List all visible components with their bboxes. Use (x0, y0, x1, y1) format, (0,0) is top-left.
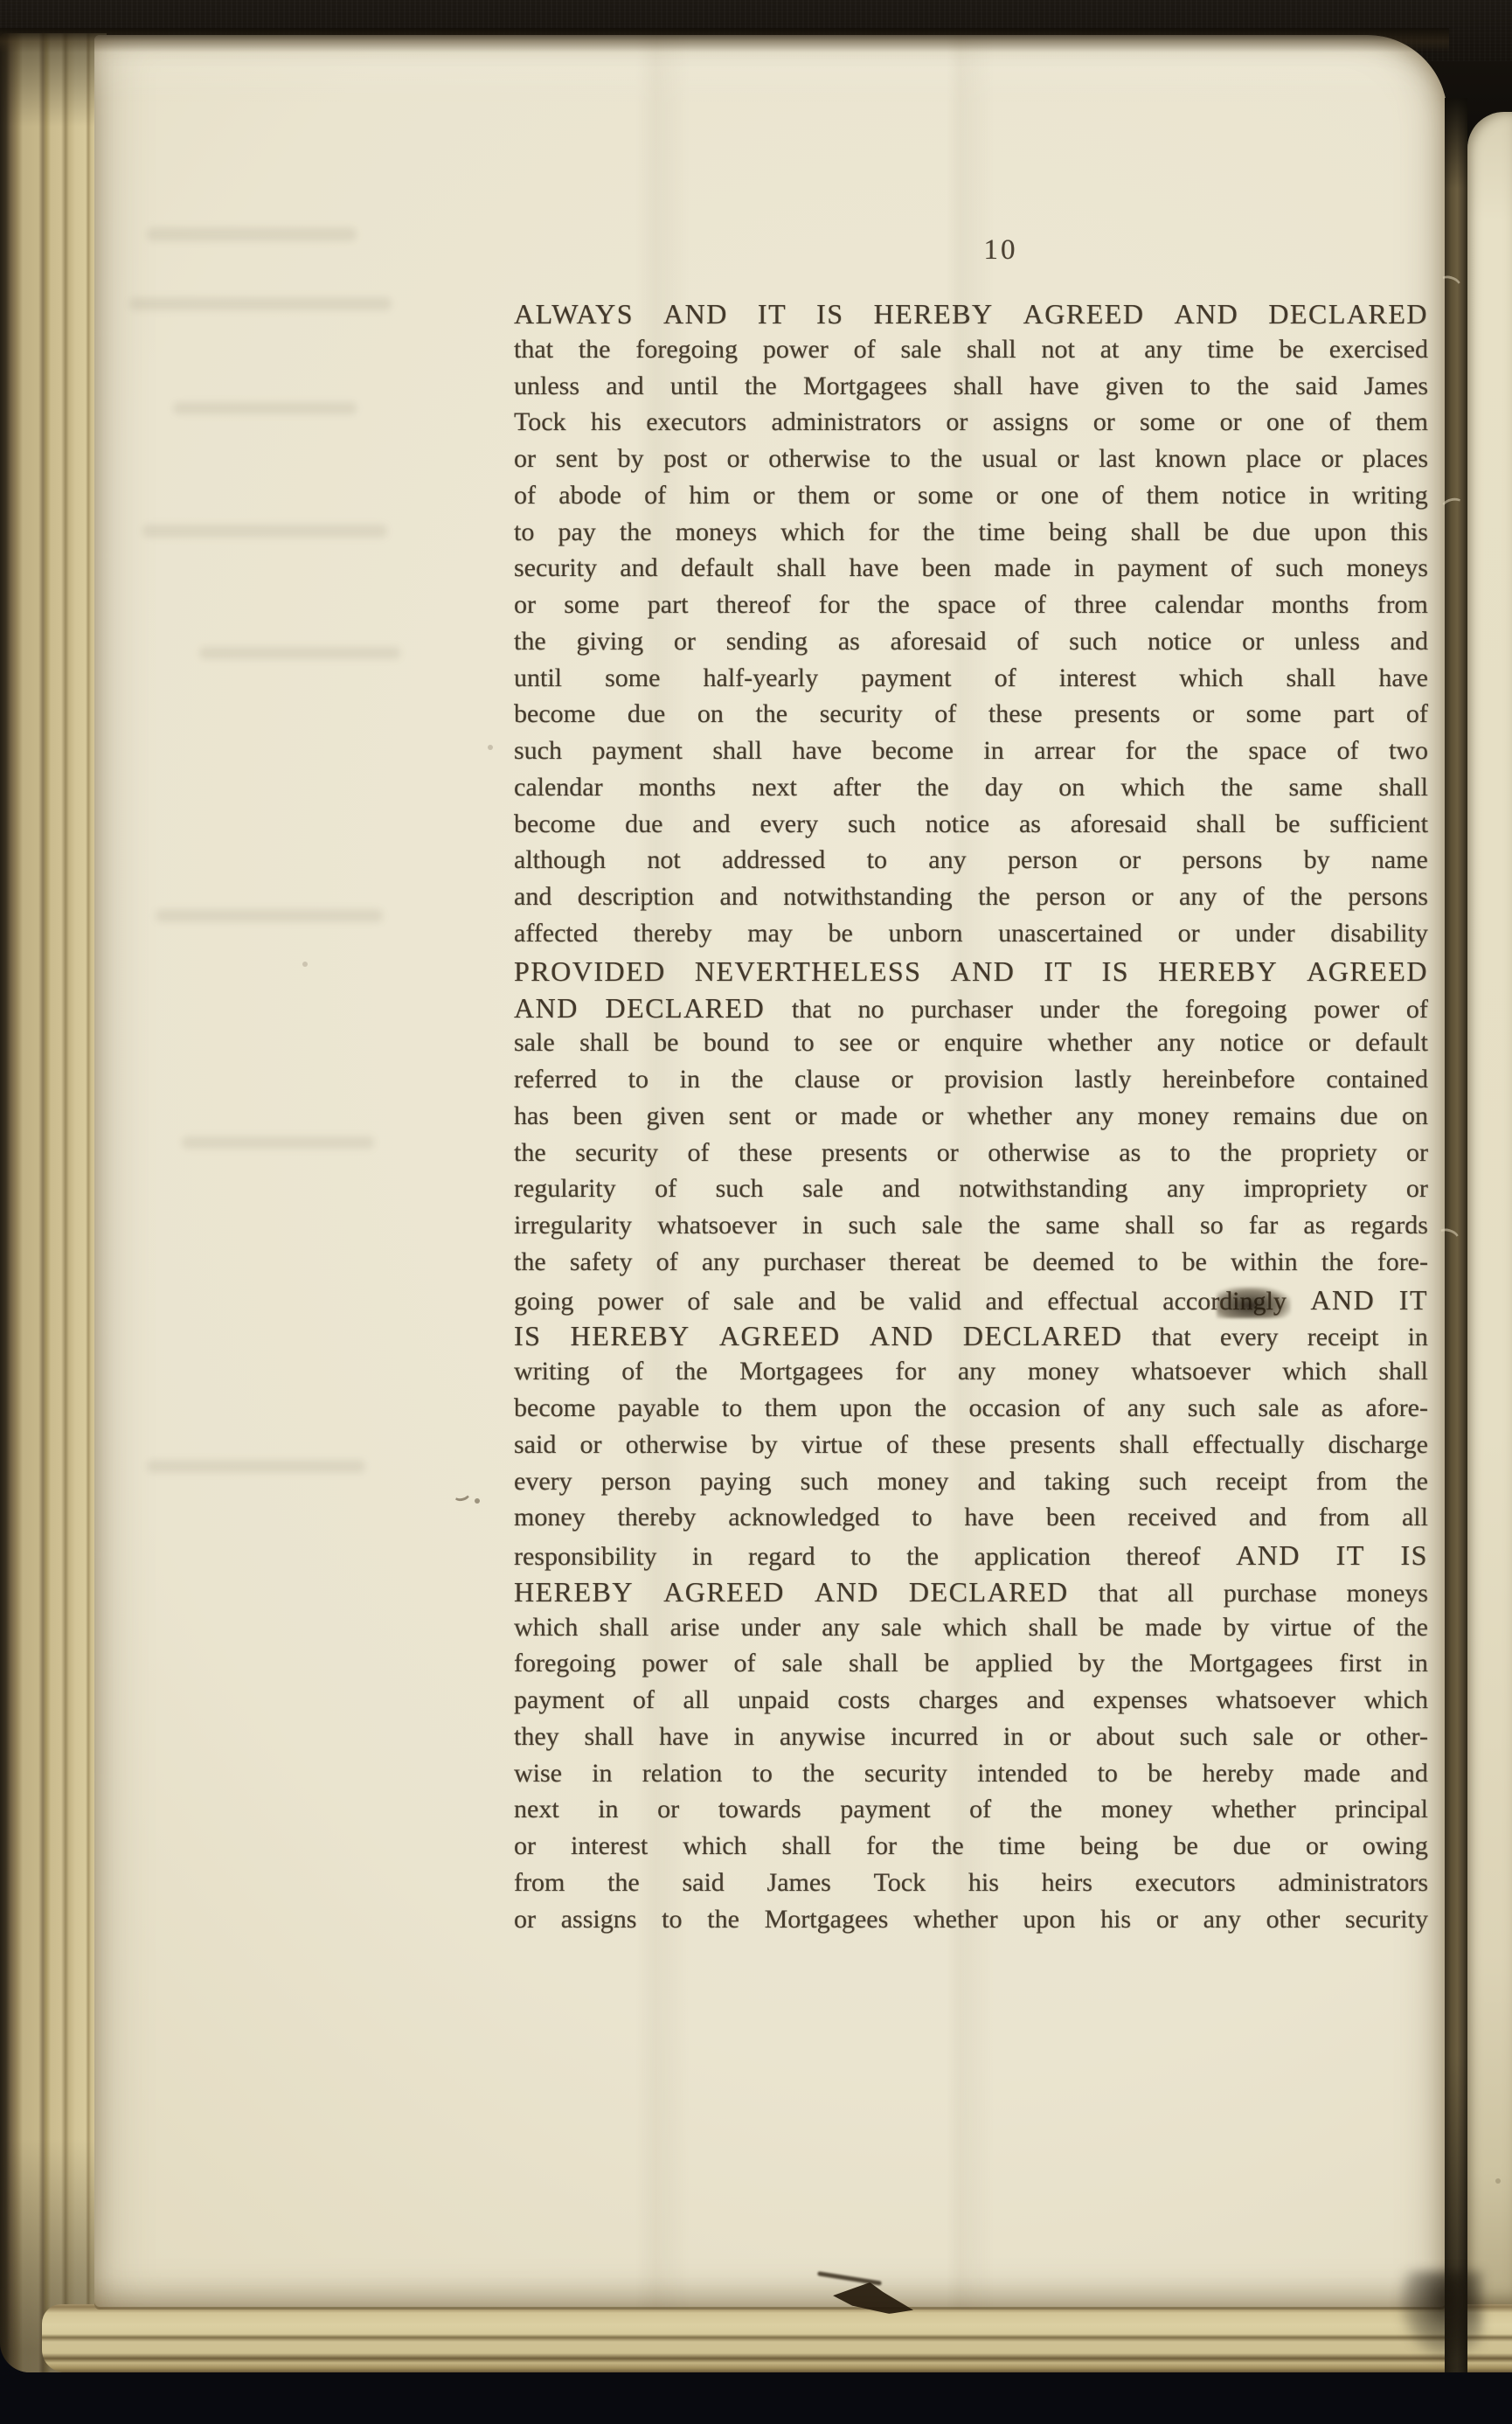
text-line: fromthesaidJamesTockhisheirsexecutorsadm… (514, 1868, 1428, 1905)
word: every (759, 809, 818, 839)
word: shall (1028, 1613, 1078, 1643)
word: sent (729, 1101, 771, 1131)
word: virtue (1271, 1613, 1332, 1643)
word: security (514, 553, 597, 583)
word: at (1100, 335, 1120, 365)
word: thereby (634, 919, 712, 948)
word: description (578, 882, 694, 912)
text-line: suchpaymentshallhavebecomeinarrearforthe… (514, 736, 1428, 773)
bleed-through-smear (129, 297, 392, 310)
word: shall (1287, 663, 1336, 693)
word: that (792, 995, 831, 1024)
word: and (1249, 1503, 1287, 1532)
word: hereby (1203, 1759, 1274, 1788)
word: shall (777, 553, 827, 583)
word: from (1377, 590, 1428, 620)
word: every (514, 1467, 572, 1497)
word: taking (1044, 1467, 1110, 1497)
word: to (722, 1393, 742, 1423)
word: unascertained (998, 919, 1142, 948)
word: for (866, 1831, 897, 1861)
word: post (663, 444, 707, 474)
text-line: anddescriptionandnotwithstandingtheperso… (514, 882, 1428, 919)
word: whatsoever (1216, 1685, 1335, 1715)
word: in (598, 1795, 618, 1824)
word: AGREED (719, 1320, 841, 1352)
text-line: orsomepartthereofforthespaceofthreecalen… (514, 590, 1428, 627)
word: or (873, 481, 895, 510)
word: receipt (1216, 1467, 1287, 1497)
word: foregoing (514, 1649, 616, 1678)
word: or (946, 407, 968, 437)
word: receipt (1307, 1323, 1379, 1352)
word: AND (870, 1320, 934, 1352)
word: such (1180, 1722, 1228, 1752)
word: have (964, 1503, 1014, 1532)
word: in (1003, 1722, 1023, 1752)
word: the (1131, 1649, 1163, 1678)
word: incurred (891, 1722, 978, 1752)
word: sale (881, 1613, 922, 1643)
word: money (1138, 1101, 1210, 1131)
word: enquire (944, 1028, 1023, 1058)
word: DECLARED (606, 992, 766, 1024)
word: in (1309, 481, 1329, 510)
bleed-through-smear (147, 227, 357, 241)
bleed-through-smear (156, 909, 383, 922)
word: money (1101, 1795, 1173, 1824)
word: or (898, 1028, 919, 1058)
word: some (1246, 699, 1301, 729)
word: which (1282, 1357, 1346, 1386)
word: be (1204, 517, 1229, 547)
scanned-page: 10 ALWAYSANDITISHEREBYAGREEDANDDECLAREDt… (94, 35, 1447, 2309)
word: security (864, 1759, 947, 1788)
word: of (1083, 1393, 1105, 1423)
word: otherwise (768, 444, 870, 474)
word: in (734, 1722, 754, 1752)
word: until (670, 372, 718, 401)
adjacent-page-edge (1467, 112, 1512, 2304)
word: relation (642, 1759, 723, 1788)
word: any (928, 845, 966, 875)
word: money (1028, 1357, 1099, 1386)
word: the (620, 517, 652, 547)
word: otherwise (988, 1138, 1090, 1168)
word: payment (514, 1685, 604, 1715)
word: DECLARED (909, 1576, 1069, 1608)
word: have (1378, 663, 1428, 693)
word: or (1220, 407, 1242, 437)
word: Mortgagees (739, 1357, 864, 1386)
word: for (869, 517, 899, 547)
word: three (1074, 590, 1127, 620)
word: whether (968, 1101, 1052, 1131)
word: unborn (889, 919, 963, 948)
word: the (607, 1868, 640, 1898)
word: within (1231, 1247, 1298, 1277)
word: the (917, 773, 949, 802)
ink-smudge-streak (817, 2271, 882, 2286)
word: or (921, 1101, 943, 1131)
word: made (1145, 1613, 1202, 1643)
word: space (1248, 736, 1307, 766)
gutter-shadow (1374, 2271, 1482, 2369)
word: addressed (722, 845, 825, 875)
word: in (680, 1065, 700, 1094)
word: be (1275, 809, 1300, 839)
word: purchase (1224, 1579, 1317, 1608)
word: by (1223, 1613, 1249, 1643)
word: although (514, 845, 606, 875)
word: such (716, 1174, 764, 1204)
word: the (930, 444, 962, 474)
word: such (1069, 627, 1117, 656)
word: thereby (617, 1503, 696, 1532)
text-line: moneytherebyacknowledgedtohavebeenreceiv… (514, 1503, 1428, 1539)
word: paying (700, 1467, 772, 1497)
word: by (617, 444, 643, 474)
word: any (822, 1613, 859, 1643)
word: any (702, 1247, 739, 1277)
word: calendar (1155, 590, 1244, 620)
word: some (564, 590, 619, 620)
word: sale (781, 1649, 822, 1678)
word: James (767, 1868, 831, 1898)
word: as (838, 627, 860, 656)
word: be (984, 1247, 1009, 1277)
word: effectual (1047, 1287, 1138, 1316)
word: AND (1174, 298, 1238, 330)
word: hereinbefore (1162, 1065, 1295, 1094)
word: power (642, 1649, 708, 1678)
word: that (514, 335, 553, 365)
word: of (655, 1174, 676, 1204)
word: and (720, 882, 758, 912)
word: one (1041, 481, 1079, 510)
text-line: foregoingpowerofsaleshallbeappliedbytheM… (514, 1649, 1428, 1685)
word: exercised (1329, 335, 1428, 365)
word: money (877, 1467, 949, 1497)
word: shall (781, 1831, 831, 1861)
text-line: HEREBYAGREEDANDDECLAREDthatallpurchasemo… (514, 1576, 1428, 1613)
word: which (943, 1613, 1007, 1643)
word: IT (1044, 955, 1072, 988)
word: IT (1399, 1284, 1428, 1316)
word: months (639, 773, 716, 802)
word: due (1340, 1101, 1377, 1131)
word: some (1140, 407, 1195, 437)
text-line: writingoftheMortgageesforanymoneywhatsoe… (514, 1357, 1428, 1393)
word: of (644, 481, 666, 510)
text-line: whichshallariseunderanysalewhichshallbem… (514, 1613, 1428, 1650)
word: or (727, 444, 749, 474)
word: moneys (676, 517, 757, 547)
word: the (1030, 1795, 1063, 1824)
stray-ink-dot (302, 962, 308, 967)
word: aforesaid (891, 627, 987, 656)
word: become (514, 1393, 595, 1423)
word: sale (802, 1174, 843, 1204)
word: notice (1148, 627, 1211, 656)
word: part (1334, 699, 1375, 729)
word: being (1049, 517, 1107, 547)
word: received (1127, 1503, 1217, 1532)
word: pay (558, 517, 595, 547)
word: become (514, 809, 595, 839)
word: part (648, 590, 689, 620)
word: shall (1378, 1357, 1428, 1386)
word: HEREBY (571, 1320, 690, 1352)
word: Mortgagees (1189, 1649, 1314, 1678)
word: have (792, 736, 842, 766)
word: or (1192, 699, 1214, 729)
word: or (937, 1138, 959, 1168)
text-line: everypersonpayingsuchmoneyandtakingsuchr… (514, 1467, 1428, 1504)
word: Mortgagees (765, 1905, 889, 1934)
word: payment (861, 663, 951, 693)
word: same (1045, 1211, 1099, 1240)
word: made (1303, 1759, 1360, 1788)
word: the (988, 1211, 1021, 1240)
word: due (625, 809, 662, 839)
word: the (676, 1357, 708, 1386)
word: security (1345, 1905, 1428, 1934)
word: upon (1023, 1905, 1075, 1934)
text-line: calendarmonthsnextafterthedayonwhichthes… (514, 773, 1428, 809)
text-line: saleshallbeboundtoseeorenquirewhetherany… (514, 1028, 1428, 1065)
word: any (1127, 1393, 1165, 1423)
word: or (1319, 1722, 1341, 1752)
word: the (1290, 882, 1322, 912)
word: and (985, 1287, 1023, 1316)
word: being (1080, 1831, 1139, 1861)
word: them (1376, 407, 1428, 437)
word: occasion (969, 1393, 1061, 1423)
word: any (1167, 1174, 1204, 1204)
word: purchaser (911, 995, 1013, 1024)
word: the (1321, 1247, 1354, 1277)
word: of (1231, 553, 1252, 583)
word: abode (558, 481, 621, 510)
word: been (572, 1101, 622, 1131)
bleed-through-smear (147, 1460, 365, 1473)
word: for (895, 1357, 926, 1386)
word: default (681, 553, 753, 583)
word: be (1148, 1759, 1172, 1788)
text-line: affectedtherebymaybeunbornunascertainedo… (514, 919, 1428, 955)
word: lastly (1074, 1065, 1131, 1094)
word: become (514, 699, 595, 729)
text-block: ALWAYSANDITISHEREBYAGREEDANDDECLAREDthat… (514, 298, 1428, 1941)
word: of (995, 663, 1016, 693)
word: due (1252, 517, 1290, 547)
bleed-through-smear (142, 524, 387, 538)
word: Mortgagees (803, 372, 927, 401)
word: from (1316, 1467, 1367, 1497)
word: to (514, 517, 534, 547)
word: HEREBY (874, 298, 994, 330)
word: remains (1233, 1101, 1316, 1131)
word: same (1289, 773, 1343, 802)
word: them (765, 1393, 817, 1423)
word: heirs (1042, 1868, 1092, 1898)
word: or (1132, 882, 1154, 912)
word: or (674, 627, 696, 656)
word: see (839, 1028, 872, 1058)
word: IS (514, 1320, 541, 1352)
text-line: nextinortowardspaymentofthemoneywhetherp… (514, 1795, 1428, 1831)
word: half-yearly (704, 663, 819, 693)
word: discharge (1328, 1430, 1427, 1460)
word: such (848, 1211, 896, 1240)
word: as (1321, 1393, 1343, 1423)
text-line: irregularitywhatsoeverinsuchsalethesames… (514, 1211, 1428, 1247)
word: of (1024, 590, 1046, 620)
word: on (697, 699, 724, 729)
word: and (606, 372, 643, 401)
word: any (1076, 1101, 1113, 1131)
word: afore- (1365, 1393, 1428, 1423)
word: for (819, 590, 850, 620)
word: bound (704, 1028, 769, 1058)
word: such (1139, 1467, 1187, 1497)
word: shall (849, 1649, 898, 1678)
word: given (647, 1101, 705, 1131)
word: places (1363, 444, 1428, 474)
word: these (988, 699, 1043, 729)
word: have (850, 553, 899, 583)
word: regularity (514, 1174, 616, 1204)
text-line: thattheforegoingpowerofsaleshallnotatany… (514, 335, 1428, 372)
word: foregoing (1185, 995, 1287, 1024)
text-line: securityanddefaultshallhavebeenmadeinpay… (514, 553, 1428, 590)
word: and (1391, 1759, 1428, 1788)
word: James (1364, 372, 1428, 401)
word: disability (1330, 919, 1428, 948)
text-line: saidorotherwisebyvirtueofthesepresentssh… (514, 1430, 1428, 1467)
word: towards (718, 1795, 801, 1824)
word: been (921, 553, 971, 583)
word: valid (909, 1287, 961, 1316)
word: as (1119, 1138, 1141, 1168)
word: or (996, 481, 1018, 510)
word: some (918, 481, 973, 510)
word: foregoing (635, 335, 738, 365)
word: the (1221, 773, 1253, 802)
word: notwithstanding (783, 882, 952, 912)
word: IS (1401, 1539, 1428, 1572)
word: AND (1236, 1539, 1300, 1572)
word: AND (514, 992, 579, 1024)
word: of (1406, 699, 1428, 729)
word: presents (1009, 1430, 1095, 1460)
word: such (801, 1467, 849, 1497)
word: fore- (1377, 1247, 1428, 1277)
word: or (514, 1831, 536, 1861)
word: AGREED (1307, 955, 1428, 988)
word: be (1182, 1247, 1206, 1277)
word: of (1243, 882, 1265, 912)
word: the (877, 590, 910, 620)
word: thereof (717, 590, 791, 620)
word: or (753, 481, 774, 510)
word: or (1156, 1905, 1178, 1934)
word: calendar (514, 773, 603, 802)
word: notice (1222, 481, 1286, 510)
word: under (1040, 995, 1099, 1024)
word: NEVERTHELESS (695, 955, 922, 988)
word: sale (922, 1211, 963, 1240)
word: interest (1059, 663, 1136, 693)
word: writing (514, 1357, 590, 1386)
word: all (1168, 1579, 1194, 1608)
stray-ink-dot (1495, 2178, 1501, 2184)
word: assigns (993, 407, 1069, 437)
word: the (514, 1138, 546, 1168)
word: the (914, 1393, 947, 1423)
word: name (1371, 845, 1428, 875)
word: from (514, 1868, 565, 1898)
word: and (882, 1174, 919, 1204)
word: these (932, 1430, 986, 1460)
text-line: referredtointheclauseorprovisionlastlyhe… (514, 1065, 1428, 1101)
word: time (1207, 335, 1253, 365)
word: or (514, 444, 536, 474)
ink-smudge-blot (833, 2282, 913, 2314)
text-line: becomedueandeverysuchnoticeasaforesaidsh… (514, 809, 1428, 846)
word: the (579, 335, 611, 365)
word: shall (954, 372, 1003, 401)
word: referred (514, 1065, 597, 1094)
word: next (752, 773, 797, 802)
word: them (1147, 481, 1199, 510)
word: shall (1196, 809, 1246, 839)
word: of (886, 1430, 908, 1460)
text-line: untilsomehalf-yearlypaymentofinterestwhi… (514, 663, 1428, 700)
word: person (1036, 882, 1106, 912)
word: said (682, 1868, 724, 1898)
word: the (514, 627, 546, 656)
word: the (1396, 1613, 1428, 1643)
word: provision (944, 1065, 1043, 1094)
word: the (1220, 1138, 1252, 1168)
word: persons (1183, 845, 1263, 875)
text-line: theyshallhaveinanywiseincurredinorabouts… (514, 1722, 1428, 1759)
text-line: hasbeengivensentormadeorwhetheranymoneyr… (514, 1101, 1428, 1138)
word: have (659, 1722, 709, 1752)
word: or (1178, 919, 1200, 948)
word: sale (1252, 1722, 1294, 1752)
word: whatsoever (657, 1211, 777, 1240)
word: space (938, 590, 996, 620)
word: of (1016, 627, 1038, 656)
word: made (994, 553, 1051, 583)
word: of (514, 481, 536, 510)
word: to (912, 1503, 932, 1532)
text-line: becomepayabletothemupontheoccasionofanys… (514, 1393, 1428, 1430)
word: expenses (1093, 1685, 1188, 1715)
word: or (657, 1795, 679, 1824)
word: of (688, 1138, 710, 1168)
word: in (1074, 553, 1094, 583)
word: aforesaid (1071, 809, 1167, 839)
text-line: althoughnotaddressedtoanypersonorpersons… (514, 845, 1428, 882)
word: safety (570, 1247, 633, 1277)
word: or (891, 1065, 913, 1094)
word: place (1246, 444, 1301, 474)
word: in (1408, 1649, 1428, 1678)
